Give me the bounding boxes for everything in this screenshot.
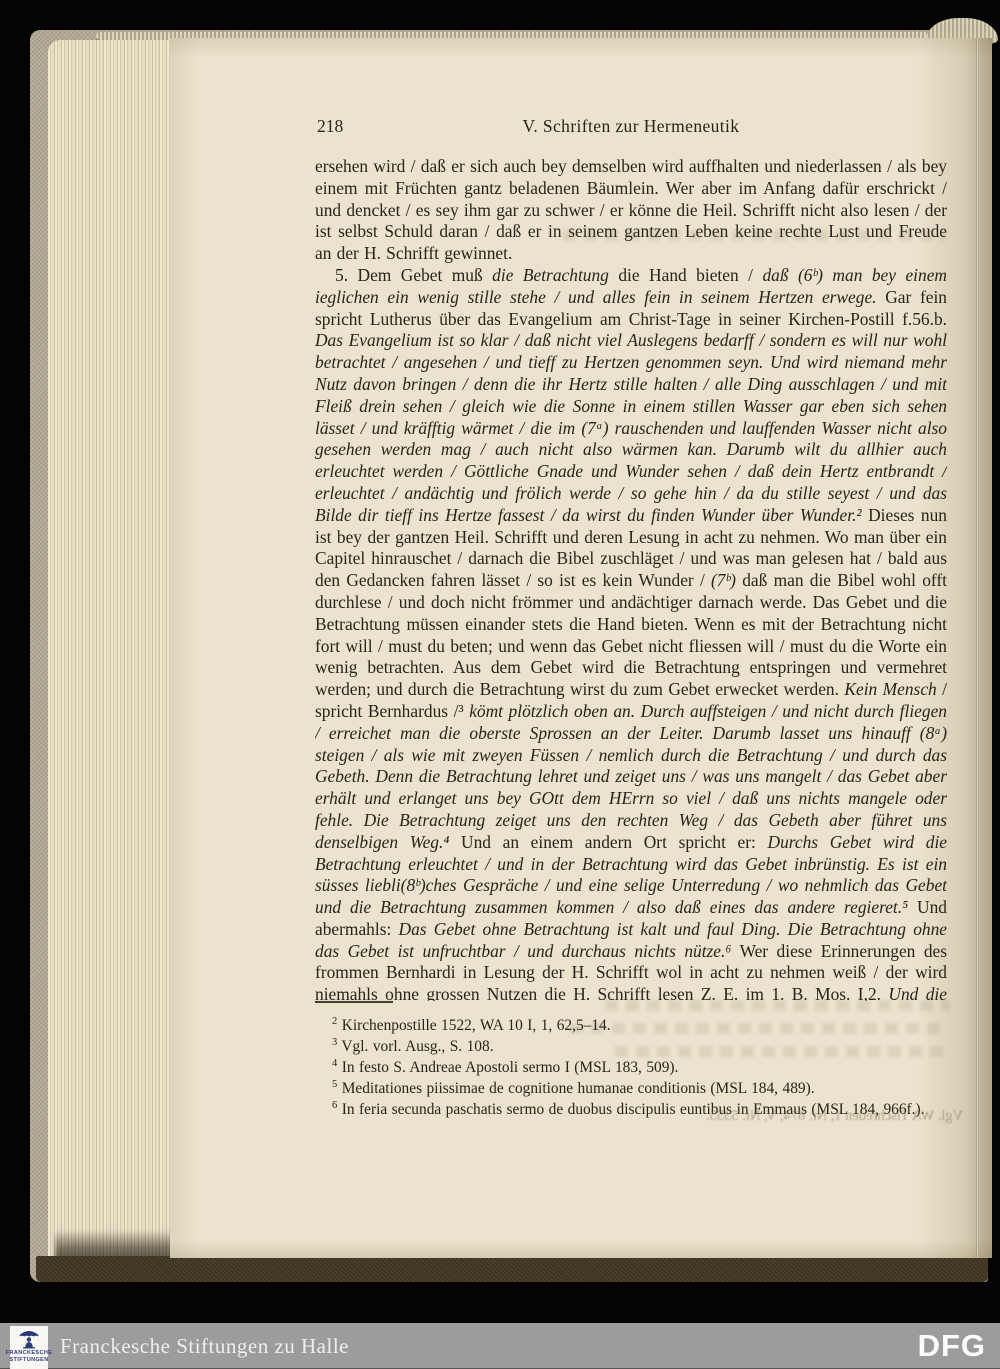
footnote: 4 In festo S. Andreae Apostoli sermo I (…	[315, 1057, 947, 1078]
book-page: 218 V. Schriften zur Hermeneutik ersehen…	[170, 38, 992, 1258]
footnote: 3 Vgl. vorl. Ausg., S. 108.	[315, 1036, 947, 1057]
bleed-through-smudge	[605, 1000, 950, 1011]
franckesche-stiftungen-logo[interactable]: FRANCKESCHE STIFTUNGEN	[10, 1326, 48, 1369]
footnote-separator	[315, 1001, 393, 1003]
viewer-footer-bar: FRANCKESCHE STIFTUNGEN Franckesche Stift…	[0, 1323, 1000, 1369]
scan-background: 218 V. Schriften zur Hermeneutik ersehen…	[0, 0, 1000, 1369]
book-bottom-edge	[36, 1256, 988, 1282]
canopy-figure-icon	[18, 1328, 40, 1350]
logo-caption-line2: STIFTUNGEN	[9, 1357, 48, 1364]
paragraph: 5. Dem Gebet muß die Betrachtung die Han…	[315, 265, 947, 1001]
footnote: 5 Meditationes piissimae de cognitione h…	[315, 1078, 947, 1099]
running-title: V. Schriften zur Hermeneutik	[315, 116, 947, 137]
bleed-through-text: Vgl. WA Tischreden 1, Nr. 674; V, Nr. 53…	[527, 1108, 963, 1125]
page-stack-edges	[48, 40, 172, 1256]
library-name: Franckesche Stiftungen zu Halle	[60, 1323, 349, 1369]
dfg-logo[interactable]: DFG	[918, 1323, 986, 1369]
printed-text-area: 218 V. Schriften zur Hermeneutik ersehen…	[315, 38, 947, 1258]
footnotes: 2 Kirchenpostille 1522, WA 10 I, 1, 62,5…	[315, 1015, 947, 1120]
body-text: ersehen wird / daß er sich auch bey dems…	[315, 156, 947, 1001]
running-head: 218 V. Schriften zur Hermeneutik	[315, 116, 947, 140]
footnote: 2 Kirchenpostille 1522, WA 10 I, 1, 62,5…	[315, 1015, 947, 1036]
paragraph: ersehen wird / daß er sich auch bey dems…	[315, 156, 947, 265]
bleed-through-smudge	[563, 230, 945, 241]
